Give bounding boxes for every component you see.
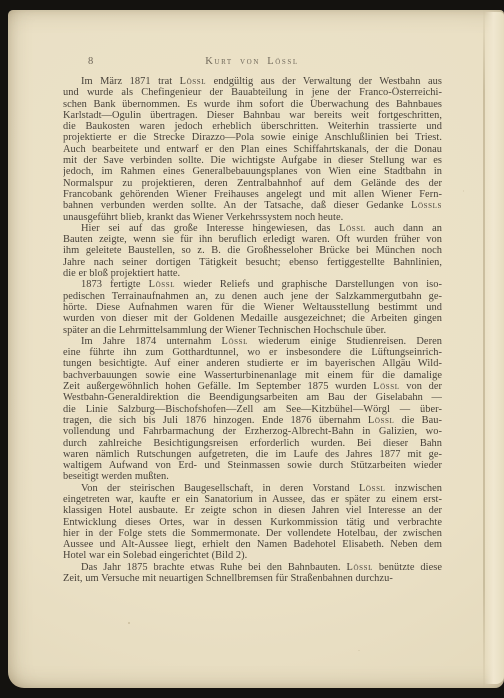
text-line: eingetreten war, kaufte er ein Sanatoriu… — [63, 494, 442, 505]
text-line: die Linie Salzburg—Bischofshofen—Zell am… — [63, 404, 442, 415]
text-line: tragen, die sich bis Juli 1876 hinzogen.… — [63, 415, 442, 426]
text-line: Auch bearbeitete und entwarf er den Plan… — [63, 144, 442, 155]
text-line: ihm geleitete Baustellen, so z. B. die G… — [63, 245, 442, 256]
page-body: Im März 1871 trat Lössl endgültig aus de… — [63, 76, 442, 584]
page-fold-line — [483, 10, 485, 688]
paper-speck — [128, 622, 130, 624]
text-line: jedoch, im Rahmen eines Generalbebauungs… — [63, 166, 442, 177]
text-line: Jahre nach seiner dortigen Tätigkeit bes… — [63, 257, 442, 268]
text-line: später an die Lehrmittelsammlung der Wie… — [63, 325, 442, 336]
text-line: die Baukosten waren jedoch erheblich übe… — [63, 121, 442, 132]
text-line: schen Bank übernommen. Es wurde ihm sofo… — [63, 99, 442, 110]
text-line: hier in der Folge stets die Sommermonate… — [63, 528, 442, 539]
text-line: wurden von dieser mit der Goldenen Medai… — [63, 313, 442, 324]
text-line: waltigem Aufwand von Erd- und Steinmasse… — [63, 460, 442, 471]
text-line: Zeit, um Versuche mit neuartigen Schnell… — [63, 573, 442, 584]
text-line: waren nämlich Rutschungen aufgetreten, d… — [63, 449, 442, 460]
text-line: Karlstadt—Ogulin übertragen. Dieser Bahn… — [63, 110, 442, 121]
text-line: Im Jahre 1874 unternahm Lössl wiederum e… — [63, 336, 442, 347]
paragraph: Von der steirischen Baugesellschaft, in … — [63, 483, 442, 562]
text-line: vollendung und Fahrbarmachung der Erzher… — [63, 426, 442, 437]
text-line: Zeit außergewöhnlich hohen Gefälle. Im S… — [63, 381, 442, 392]
paragraph: Im Jahre 1874 unternahm Lössl wiederum e… — [63, 336, 442, 483]
text-line: Aussee und Alt-Aussee liegt, erhielt den… — [63, 539, 442, 550]
text-line: projektierte er die Strecke Dirazzo—Pola… — [63, 132, 442, 143]
text-line: hörte. Diese Aufnahmen waren für die Wie… — [63, 302, 442, 313]
text-line: eine führte ihn zum Gotthardtunnel, wo e… — [63, 347, 442, 358]
paragraph: Das Jahr 1875 brachte etwas Ruhe bei den… — [63, 562, 442, 585]
text-line: Von der steirischen Baugesellschaft, in … — [63, 483, 442, 494]
paper-speck — [358, 650, 360, 651]
text-line: bachverbauungen sowie eine Wasserturbine… — [63, 370, 442, 381]
text-line: unausgeführt blieb, krankt das Wiener Ve… — [63, 212, 442, 223]
book-page: 8 Kurt von Lössl Im März 1871 trat Lössl… — [8, 10, 504, 688]
paragraph: 1873 fertigte Lössl wieder Reliefs und g… — [63, 279, 442, 335]
text-line: Im März 1871 trat Lössl endgültig aus de… — [63, 76, 442, 87]
page-header: 8 Kurt von Lössl — [63, 56, 441, 70]
text-line: tungen besichtigte. Auf einer anderen st… — [63, 358, 442, 369]
text-line: Hotel war ein Solebad eingerichtet (Bild… — [63, 550, 442, 561]
paper-speck — [463, 190, 464, 192]
text-line: pedischen Terrainaufnahmen an, zu denen … — [63, 291, 442, 302]
text-line: Westbahn-Generaldirektion die Beendigung… — [63, 392, 442, 403]
text-line: 1873 fertigte Lössl wieder Reliefs und g… — [63, 279, 442, 290]
text-line: durch zahlreiche Besichtigungsreisen erf… — [63, 438, 442, 449]
paragraph: Im März 1871 trat Lössl endgültig aus de… — [63, 76, 442, 223]
text-line: Hier sei auf das große Interesse hingewi… — [63, 223, 442, 234]
text-line: Normalspur zu projektieren, deren Zentra… — [63, 178, 442, 189]
text-line: und wurde als Chefingenieur der Bauabtei… — [63, 87, 442, 98]
text-line: mit der Save verbinden sollte. Die wicht… — [63, 155, 442, 166]
page-edge-strip — [485, 12, 504, 684]
text-line: Bauten zeigte, wenn sie für ihn beruflic… — [63, 234, 442, 245]
text-line: bahnen verbunden werden sollte. An der T… — [63, 200, 442, 211]
text-line: Das Jahr 1875 brachte etwas Ruhe bei den… — [63, 562, 442, 573]
paragraph: Hier sei auf das große Interesse hingewi… — [63, 223, 442, 279]
running-header: Kurt von Lössl — [63, 56, 441, 67]
text-line: klassigen Hotel ausbaute. Er zeigte scho… — [63, 505, 442, 516]
text-line: die er bloß projektiert hatte. — [63, 268, 442, 279]
text-line: beseitigt werden mußten. — [63, 471, 442, 482]
text-line: Entwicklung dieses Ortes, war in dessen … — [63, 517, 442, 528]
text-line: Francobank gehörenden Wiener Freihauses … — [63, 189, 442, 200]
